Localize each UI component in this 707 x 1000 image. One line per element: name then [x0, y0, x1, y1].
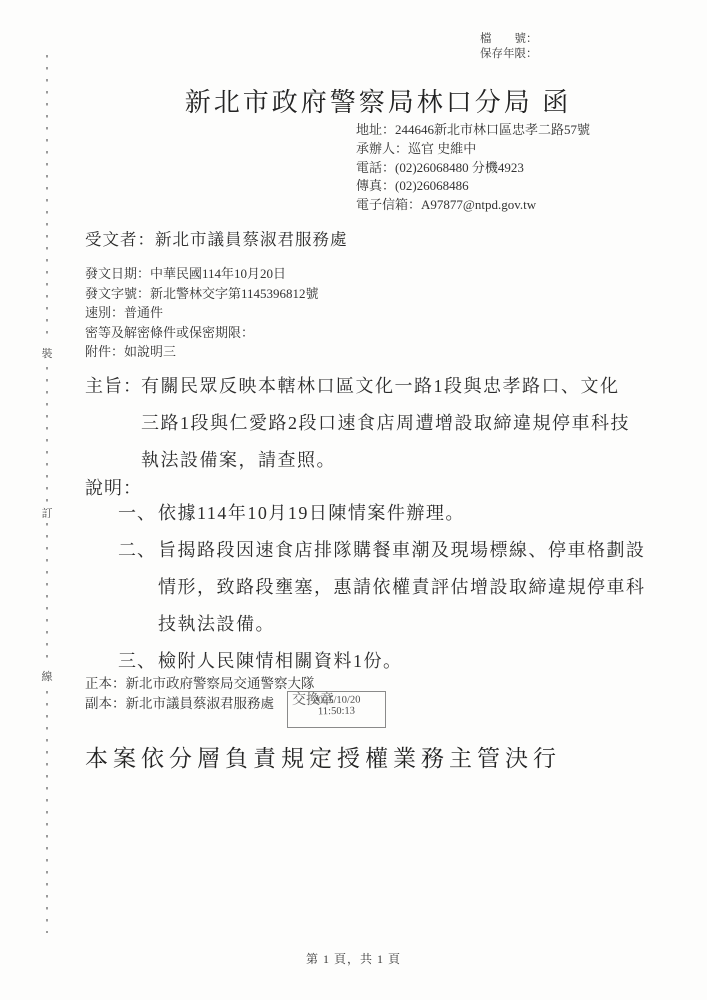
agency-contact-block: 地址：244646新北市林口區忠孝二路57號 承辦人：巡官 史維中 電話：(02… — [356, 121, 590, 215]
file-number-label: 檔 號： — [480, 32, 538, 47]
speed-class: 速別：普通件 — [85, 303, 319, 323]
doc-number: 發文字號：新北警林交字第1145396812號 — [85, 284, 319, 304]
item-text: 依據114年10月19日陳情案件辦理。 — [158, 495, 650, 532]
explanation-item-1: 一、 依據114年10月19日陳情案件辦理。 — [118, 495, 658, 532]
agency-address: 地址：244646新北市林口區忠孝二路57號 — [356, 121, 590, 140]
binding-mark-zhuang: 裝 — [40, 343, 54, 363]
copies-block: 正本：新北市政府警察局交通警察大隊 副本：新北市議員蔡淑君服務處 — [85, 674, 315, 713]
electronic-exchange-stamp: 交換章 2025/10/20 11:50:13 — [287, 691, 386, 728]
document-meta-block: 發文日期：中華民國114年10月20日 發文字號：新北警林交字第11453968… — [85, 264, 319, 362]
subject-section: 主旨： 有關民眾反映本轄林口區文化一路1段與忠孝路口、文化三路1段與仁愛路2段口… — [85, 368, 633, 479]
delegation-statement: 本案依分層負責規定授權業務主管決行 — [85, 740, 561, 773]
agency-fax: 傳真：(02)26068486 — [356, 177, 590, 196]
issue-date: 發文日期：中華民國114年10月20日 — [85, 264, 319, 284]
binding-mark-ding: 訂 — [40, 503, 54, 523]
subject-label: 主旨： — [85, 368, 141, 479]
recipient-line: 受文者：新北市議員蔡淑君服務處 — [85, 226, 348, 250]
binding-mark-xian: 線 — [40, 666, 54, 686]
agency-phone: 電話：(02)26068480 分機4923 — [356, 159, 590, 178]
document-title: 新北市政府警察局林口分局 函 — [48, 82, 707, 119]
official-letter-page: { "page": { "file_no_label": "檔 號：", "re… — [0, 0, 707, 1000]
agency-email: 電子信箱：A97877@ntpd.gov.tw — [356, 196, 590, 215]
item-number: 二、 — [118, 532, 158, 643]
original-copy-line: 正本：新北市政府警察局交通警察大隊 — [85, 674, 315, 694]
agency-handler: 承辦人：巡官 史維中 — [356, 140, 590, 159]
page-number-footer: 第 1 頁，共 1 頁 — [0, 950, 707, 967]
explanation-item-2: 二、 旨揭路段因速食店排隊購餐車潮及現場標線、停車格劃設情形，致路段壅塞，惠請依… — [118, 532, 658, 643]
item-number: 一、 — [118, 495, 158, 532]
explanation-items: 一、 依據114年10月19日陳情案件辦理。 二、 旨揭路段因速食店排隊購餐車潮… — [118, 495, 658, 680]
retention-period-label: 保存年限： — [480, 47, 538, 62]
subject-text: 有關民眾反映本轄林口區文化一路1段與忠孝路口、文化三路1段與仁愛路2段口速食店周… — [141, 368, 633, 479]
item-text: 旨揭路段因速食店排隊購餐車潮及現場標線、停車格劃設情形，致路段壅塞，惠請依權責評… — [158, 532, 650, 643]
binding-dotted-line — [46, 55, 48, 933]
cc-copy-line: 副本：新北市議員蔡淑君服務處 — [85, 694, 315, 714]
file-number-block: 檔 號： 保存年限： — [480, 32, 538, 61]
stamp-time: 11:50:13 — [288, 705, 385, 718]
attachment-note: 附件：如說明三 — [85, 342, 319, 362]
security-class: 密等及解密條件或保密期限： — [85, 323, 319, 343]
